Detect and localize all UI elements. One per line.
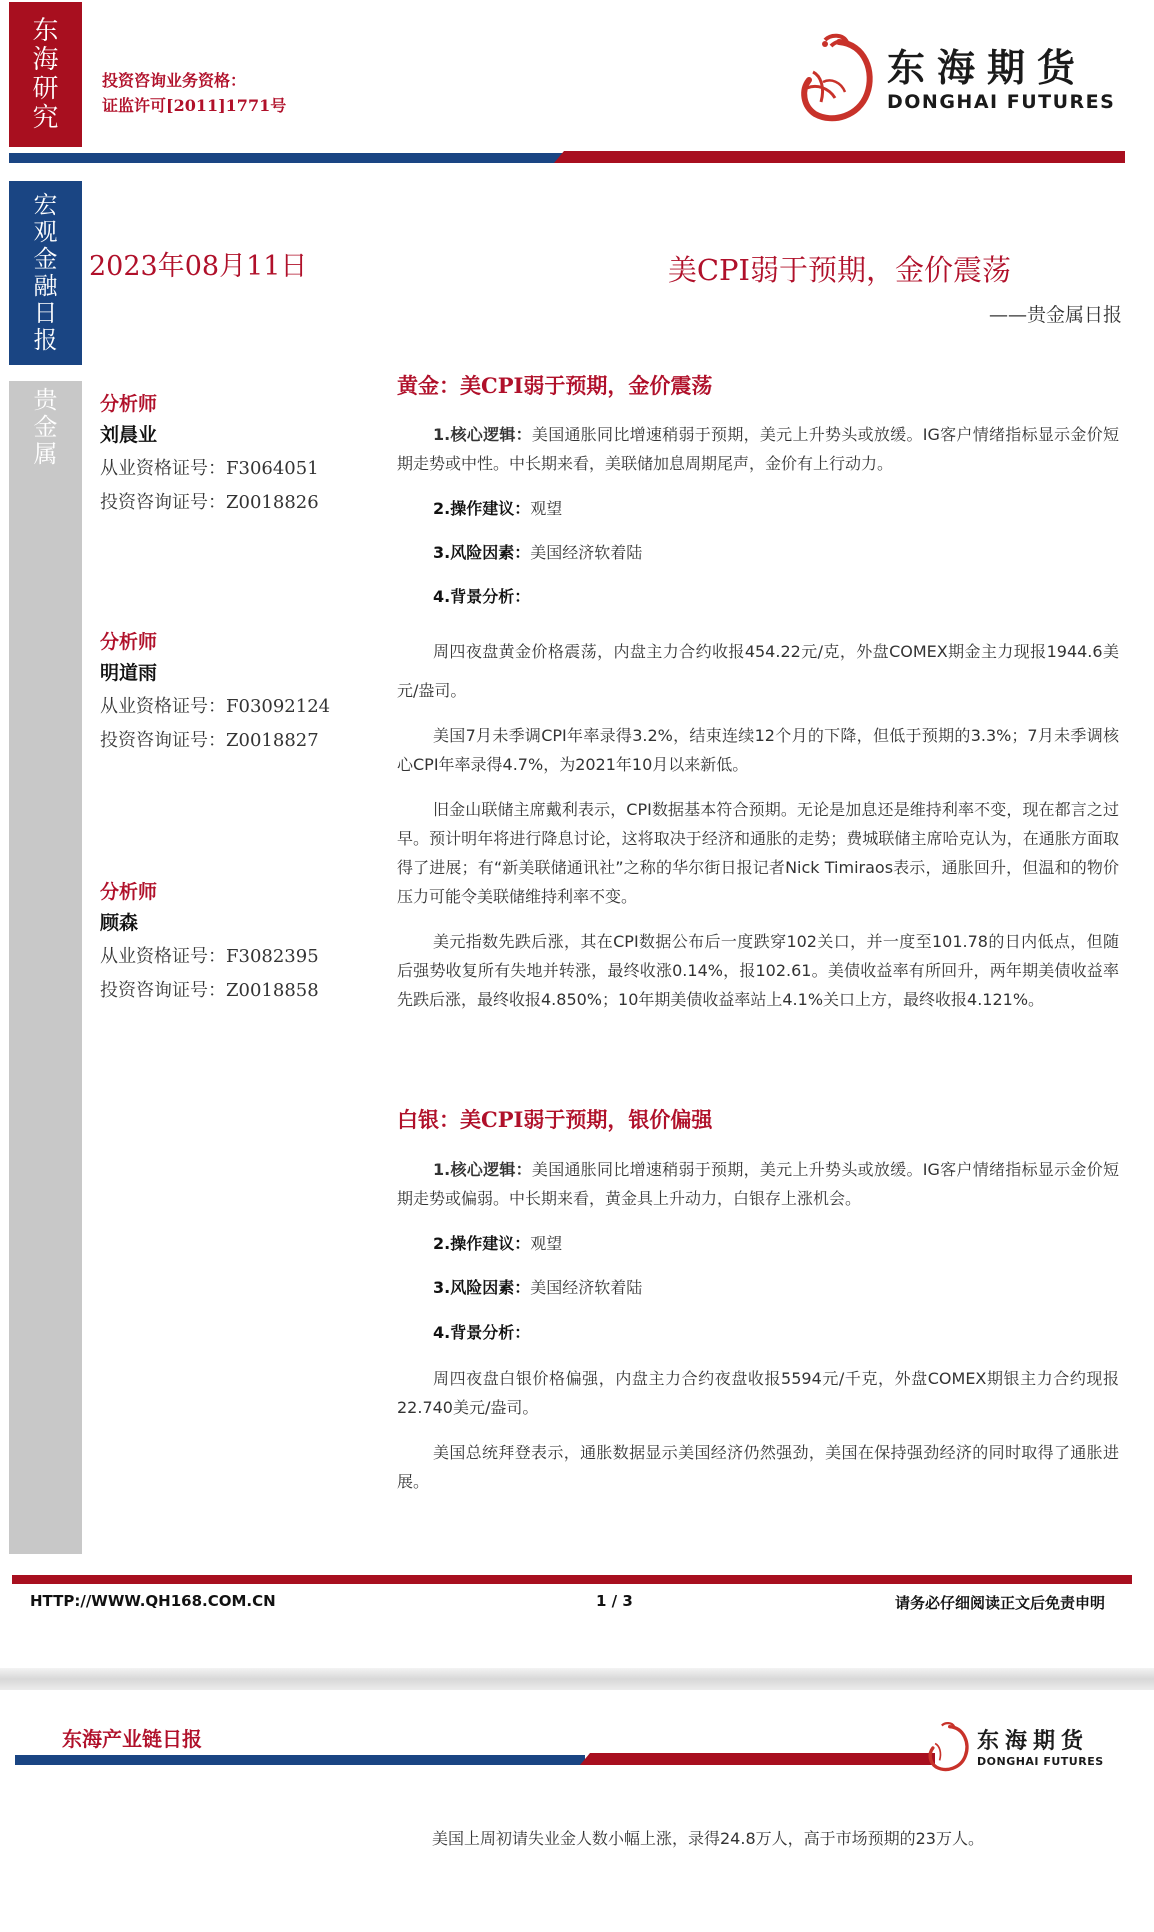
analyst-card: 分析师 顾森 从业资格证号：F3082395 投资咨询证号：Z0018858 bbox=[100, 877, 360, 1008]
report-date: 2023年08月11日 bbox=[89, 244, 307, 283]
qualification-info: 投资咨询业务资格： 证监许可[2011]1771号 bbox=[102, 68, 286, 118]
analyst-name: 明道雨 bbox=[100, 657, 360, 690]
logo-en: DONGHAI FUTURES bbox=[977, 1755, 1104, 1768]
category-char: 观 bbox=[34, 219, 58, 246]
brand-tab-char: 究 bbox=[32, 104, 58, 133]
dragon-emblem-icon bbox=[925, 1719, 971, 1777]
analyst-cert: 投资咨询证号：Z0018827 bbox=[100, 724, 360, 758]
item-label: 1.核心逻辑： bbox=[433, 1160, 532, 1179]
analyst-cert: 投资咨询证号：Z0018858 bbox=[100, 974, 360, 1008]
logo-en: DONGHAI FUTURES bbox=[887, 90, 1115, 114]
disclaimer-note: 请务必仔细阅读正文后免责申明 bbox=[895, 1592, 1105, 1613]
silver-core-logic: 1.核心逻辑：美国通胀同比增速稍弱于预期，美元上升势头或放缓。IG客户情绪指标显… bbox=[397, 1155, 1119, 1213]
gold-paragraph: 美元指数先跌后涨，其在CPI数据公布后一度跌穿102关口，并一度至101.78的… bbox=[397, 927, 1119, 1014]
gold-advice: 2.操作建议：观望 bbox=[433, 494, 562, 523]
qualification-line: 投资咨询业务资格： bbox=[102, 68, 286, 93]
category-char: 宏 bbox=[34, 192, 58, 219]
logo-cn: 东海期货 bbox=[977, 1729, 1104, 1755]
category-char: 日 bbox=[34, 300, 58, 327]
subcategory-char: 金 bbox=[34, 414, 58, 441]
brand-tab-char: 东 bbox=[32, 17, 58, 46]
silver-section-title: 白银：美CPI弱于预期，银价偏强 bbox=[397, 1104, 712, 1134]
item-label: 3.风险因素： bbox=[433, 543, 530, 562]
report-subtitle: ——贵金属日报 bbox=[989, 300, 1122, 327]
analyst-label: 分析师 bbox=[100, 627, 360, 657]
analyst-cert: 从业资格证号：F3064051 bbox=[100, 452, 360, 486]
footer-rule bbox=[12, 1575, 1132, 1584]
category-tab: 宏 观 金 融 日 报 bbox=[9, 181, 82, 365]
category-char: 报 bbox=[34, 327, 58, 354]
silver-background-label: 4.背景分析： bbox=[433, 1318, 530, 1347]
gold-background-label: 4.背景分析： bbox=[433, 582, 530, 611]
analyst-card: 分析师 刘晨业 从业资格证号：F3064051 投资咨询证号：Z0018826 bbox=[100, 389, 360, 520]
page2-paragraph: 美国上周初请失业金人数小幅上涨，录得24.8万人，高于市场预期的23万人。 bbox=[432, 1826, 984, 1849]
gold-core-logic: 1.核心逻辑：美国通胀同比增速稍弱于预期，美元上升势头或放缓。IG客户情绪指标显… bbox=[397, 420, 1119, 478]
subcategory-char: 贵 bbox=[34, 387, 58, 414]
analyst-cert: 从业资格证号：F03092124 bbox=[100, 690, 360, 724]
item-label: 4.背景分析： bbox=[433, 587, 530, 606]
analyst-card: 分析师 明道雨 从业资格证号：F03092124 投资咨询证号：Z0018827 bbox=[100, 627, 360, 758]
item-label: 3.风险因素： bbox=[433, 1278, 530, 1297]
item-text: 美国经济软着陆 bbox=[530, 543, 642, 562]
item-text: 观望 bbox=[530, 499, 562, 518]
silver-paragraph: 周四夜盘白银价格偏强，内盘主力合约夜盘收报5594元/千克，外盘COMEX期银主… bbox=[397, 1364, 1119, 1422]
subcategory-char: 属 bbox=[34, 441, 58, 468]
item-label: 1.核心逻辑： bbox=[433, 425, 532, 444]
analyst-label: 分析师 bbox=[100, 389, 360, 419]
brand-tab-char: 研 bbox=[32, 75, 58, 104]
footer-url[interactable]: HTTP://WWW.QH168.COM.CN bbox=[30, 1592, 276, 1610]
license-number: 证监许可[2011]1771号 bbox=[102, 93, 286, 118]
gold-paragraph: 美国7月未季调CPI年率录得3.2%，结束连续12个月的下降，但低于预期的3.3… bbox=[397, 721, 1119, 779]
report-title: 美CPI弱于预期，金价震荡 bbox=[668, 248, 1011, 289]
analyst-label: 分析师 bbox=[100, 877, 360, 907]
analyst-name: 刘晨业 bbox=[100, 419, 360, 452]
logo-cn: 东海期货 bbox=[887, 46, 1115, 90]
page2-header-title: 东海产业链日报 bbox=[62, 1723, 202, 1752]
brand-tab: 东 海 研 究 bbox=[9, 2, 82, 147]
silver-advice: 2.操作建议：观望 bbox=[433, 1229, 562, 1258]
dragon-emblem-icon bbox=[795, 32, 877, 128]
item-label: 4.背景分析： bbox=[433, 1323, 530, 1342]
category-char: 融 bbox=[34, 273, 58, 300]
company-logo: 东海期货 DONGHAI FUTURES bbox=[795, 30, 1125, 130]
page-number: 1 / 3 bbox=[596, 1592, 633, 1610]
page2-header-rule bbox=[15, 1753, 935, 1765]
analyst-name: 顾森 bbox=[100, 907, 360, 940]
category-char: 金 bbox=[34, 246, 58, 273]
page2-logo: 东海期货 DONGHAI FUTURES bbox=[925, 1718, 1130, 1778]
item-text: 观望 bbox=[530, 1234, 562, 1253]
header-rule bbox=[9, 151, 1125, 163]
silver-paragraph: 美国总统拜登表示，通胀数据显示美国经济仍然强劲，美国在保持强劲经济的同时取得了通… bbox=[397, 1438, 1119, 1496]
item-label: 2.操作建议： bbox=[433, 499, 530, 518]
item-text: 美国经济软着陆 bbox=[530, 1278, 642, 1297]
brand-tab-char: 海 bbox=[32, 46, 58, 75]
page-separator bbox=[0, 1668, 1154, 1690]
gold-paragraph: 周四夜盘黄金价格震荡，内盘主力合约收报454.22元/克，外盘COMEX期金主力… bbox=[397, 632, 1119, 710]
gold-section-title: 黄金：美CPI弱于预期，金价震荡 bbox=[397, 370, 712, 400]
gold-paragraph: 旧金山联储主席戴利表示，CPI数据基本符合预期。无论是加息还是维持利率不变，现在… bbox=[397, 795, 1119, 911]
gold-risk: 3.风险因素：美国经济软着陆 bbox=[433, 538, 642, 567]
analyst-cert: 从业资格证号：F3082395 bbox=[100, 940, 360, 974]
analyst-cert: 投资咨询证号：Z0018826 bbox=[100, 486, 360, 520]
item-label: 2.操作建议： bbox=[433, 1234, 530, 1253]
subcategory-tab: 贵 金 属 bbox=[9, 381, 82, 1554]
silver-risk: 3.风险因素：美国经济软着陆 bbox=[433, 1273, 642, 1302]
